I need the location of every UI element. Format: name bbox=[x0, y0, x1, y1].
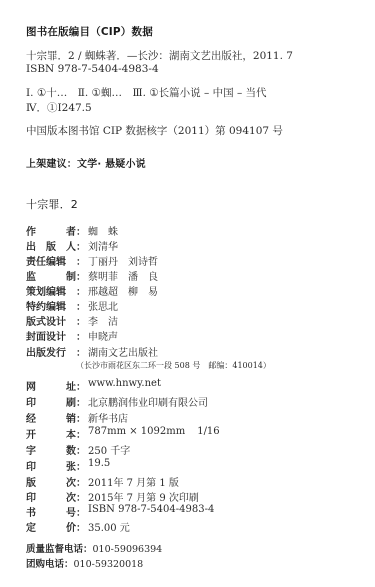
credit-value: 湖南文艺出版社 bbox=[88, 344, 158, 359]
spec-value: 2011年 7 月第 1 版 bbox=[88, 474, 179, 489]
spec-value: 19.5 bbox=[88, 458, 110, 473]
credit-label: 封面设计 bbox=[26, 328, 76, 343]
spec-isbn: 书号：ISBN 978-7-5404-4983-4 bbox=[26, 504, 214, 519]
credit-planning-editor: 策划编辑：邢越超 柳 易 bbox=[26, 283, 158, 298]
shelf-suggestion: 上架建议：文学· 悬疑小说 bbox=[26, 155, 146, 170]
spec-label: 印次 bbox=[26, 489, 76, 504]
spec-label: 经销 bbox=[26, 410, 76, 425]
credit-label: 出版人 bbox=[26, 238, 76, 253]
spec-label: 版次 bbox=[26, 474, 76, 489]
credit-label: 出版发行 bbox=[26, 344, 76, 359]
spec-label: 网址 bbox=[26, 378, 76, 393]
credit-value: 丁丽丹 刘诗哲 bbox=[88, 253, 158, 268]
spec-value: www.hnwy.net bbox=[88, 378, 161, 393]
spec-value: 250 千字 bbox=[88, 442, 130, 457]
spec-value: 787mm × 1092mm bbox=[88, 426, 185, 441]
credit-value: 刘清华 bbox=[88, 238, 118, 253]
spec-website: 网址：www.hnwy.net bbox=[26, 378, 161, 393]
contact-value: 010-59096394 bbox=[93, 544, 163, 555]
spec-word-count: 字数：250 千字 bbox=[26, 442, 130, 457]
cip-title-line: 十宗罪．2 / 蜘蛛著．—长沙：湖南文艺出版社，2011. 7 bbox=[26, 48, 293, 63]
cip-classification-line-2: Ⅳ．①I247.5 bbox=[26, 100, 92, 115]
contact-quality-phone: 质量监督电话：010-59096394 bbox=[26, 541, 162, 555]
cip-isbn-line: ISBN 978-7-5404-4983-4 bbox=[26, 63, 159, 75]
contact-label: 质量监督电话： bbox=[26, 544, 93, 555]
book-title: 十宗罪．2 bbox=[26, 196, 78, 212]
spec-price: 定价：35.00 元 bbox=[26, 519, 130, 534]
credit-value: 李 洁 bbox=[88, 313, 118, 328]
cip-heading: 图书在版编目（CIP）数据 bbox=[26, 24, 153, 39]
contact-group-purchase-phone: 团购电话：010-59320018 bbox=[26, 556, 143, 570]
credit-label: 责任编辑 bbox=[26, 253, 76, 268]
credit-value: 张思北 bbox=[88, 298, 118, 313]
spec-label: 印张 bbox=[26, 458, 76, 473]
credit-label: 版式设计 bbox=[26, 313, 76, 328]
spec-sheets: 印张：19.5 bbox=[26, 458, 110, 473]
cip-library-line: 中国版本图书馆 CIP 数据核字（2011）第 094107 号 bbox=[26, 123, 283, 138]
spec-format: 开本：787mm × 1092mm1/16 bbox=[26, 426, 220, 441]
contact-label: 团购电话： bbox=[26, 559, 74, 570]
spec-distributor: 经销：新华书店 bbox=[26, 410, 128, 425]
spec-label: 开本 bbox=[26, 426, 76, 441]
credit-author: 作者：蜘 蛛 bbox=[26, 223, 118, 238]
credit-publisher-person: 出版人：刘清华 bbox=[26, 238, 118, 253]
spec-value: ISBN 978-7-5404-4983-4 bbox=[88, 504, 214, 519]
spec-printer: 印刷：北京鹏润伟业印刷有限公司 bbox=[26, 394, 208, 409]
credit-value: 蜘 蛛 bbox=[88, 223, 118, 238]
credit-value: 邢越超 柳 易 bbox=[88, 283, 158, 298]
spec-extra: 1/16 bbox=[197, 426, 219, 441]
credit-special-editor: 特约编辑：张思北 bbox=[26, 298, 118, 313]
spec-value: 北京鹏润伟业印刷有限公司 bbox=[88, 394, 208, 409]
credit-label: 策划编辑 bbox=[26, 283, 76, 298]
spec-value: 35.00 元 bbox=[88, 519, 130, 534]
credit-value: 蔡明菲 潘 良 bbox=[88, 268, 158, 283]
spec-label: 字数 bbox=[26, 442, 76, 457]
credit-publisher: 出版发行：湖南文艺出版社 bbox=[26, 344, 158, 359]
spec-value: 2015年 7 月第 9 次印刷 bbox=[88, 489, 199, 504]
credit-label: 监制 bbox=[26, 268, 76, 283]
credit-value: 申晓声 bbox=[88, 328, 118, 343]
credit-layout-design: 版式设计：李 洁 bbox=[26, 313, 118, 328]
credit-label: 作者 bbox=[26, 223, 76, 238]
credit-label: 特约编辑 bbox=[26, 298, 76, 313]
spec-value: 新华书店 bbox=[88, 410, 128, 425]
spec-label: 书号 bbox=[26, 504, 76, 519]
spec-label: 印刷 bbox=[26, 394, 76, 409]
shelf-suggestion-value: 文学· 悬疑小说 bbox=[77, 159, 146, 170]
shelf-suggestion-label: 上架建议： bbox=[26, 159, 77, 170]
credit-supervisor: 监制：蔡明菲 潘 良 bbox=[26, 268, 158, 283]
contact-value: 010-59320018 bbox=[74, 559, 144, 570]
cip-classification-line: Ⅰ. ①十… Ⅱ. ①蜘… Ⅲ. ①长篇小说 – 中国 – 当代 bbox=[26, 85, 267, 100]
spec-edition: 版次：2011年 7 月第 1 版 bbox=[26, 474, 179, 489]
spec-printing: 印次：2015年 7 月第 9 次印刷 bbox=[26, 489, 199, 504]
spec-label: 定价 bbox=[26, 519, 76, 534]
credit-cover-design: 封面设计：申晓声 bbox=[26, 328, 118, 343]
credit-responsible-editor: 责任编辑：丁丽丹 刘诗哲 bbox=[26, 253, 158, 268]
publisher-address: （长沙市雨花区东二环一段 508 号 邮编：410014） bbox=[76, 360, 271, 371]
